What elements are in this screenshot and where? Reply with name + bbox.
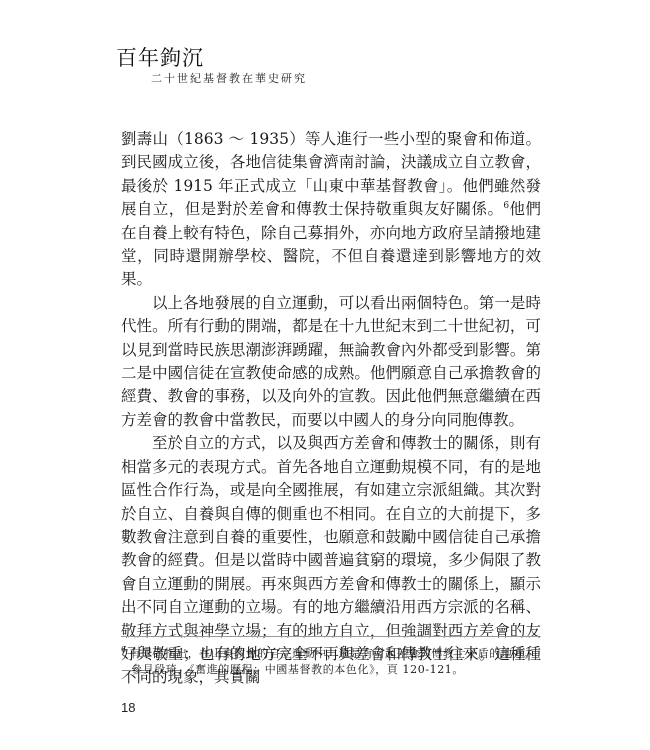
- running-header: 百年鉤沉 二十世紀基督教在華史研究: [116, 46, 204, 70]
- paragraph-2: 以上各地發展的自立運動，可以看出兩個特色。第一是時代性。所有行動的開端，都是在十…: [121, 292, 541, 432]
- footnote-text: 有學者指出，在山東教會的自立運動中，還是有引起差會與傳教士矛盾的地方。: [130, 647, 536, 660]
- footnote-line-1: 6有學者指出，在山東教會的自立運動中，還是有引起差會與傳教士矛盾的地方。: [121, 646, 541, 662]
- footnote-line-2: 參見段琦，《奮進的歷程：中國基督教的本色化》，頁 120-121。: [121, 662, 541, 678]
- page-number: 18: [121, 700, 135, 715]
- body-text: 劉壽山（1863 ～ 1935）等人進行一些小型的聚會和佈道。到民國成立後，各地…: [121, 128, 541, 690]
- book-subtitle: 二十世紀基督教在華史研究: [151, 70, 307, 86]
- book-title: 百年鉤沉: [116, 46, 204, 70]
- paragraph-text: 劉壽山（1863 ～ 1935）等人進行一些小型的聚會和佈道。到民國成立後，各地…: [121, 130, 541, 218]
- paragraph-1: 劉壽山（1863 ～ 1935）等人進行一些小型的聚會和佈道。到民國成立後，各地…: [121, 128, 541, 292]
- footnote-number: 6: [121, 645, 127, 654]
- footnote-divider: [121, 636, 539, 637]
- footnote: 6有學者指出，在山東教會的自立運動中，還是有引起差會與傳教士矛盾的地方。 參見段…: [121, 646, 541, 678]
